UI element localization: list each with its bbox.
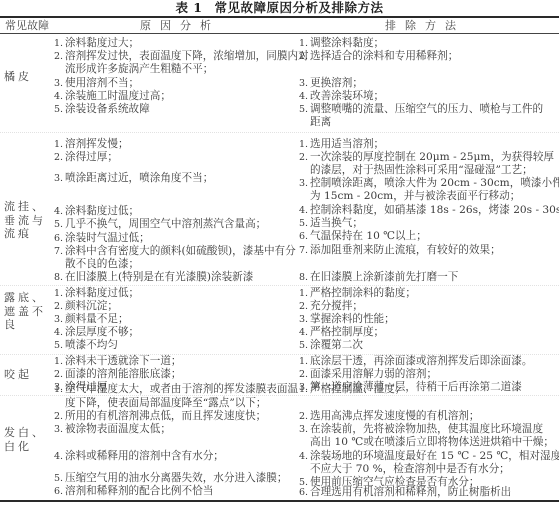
remedy-item: 2.面漆采用溶解力弱的溶剂； bbox=[299, 368, 437, 382]
remedy-item: 8.在旧漆膜上涂新漆前先打磨一下 bbox=[299, 271, 458, 285]
cause-item: 2.溶剂挥发过快，表面温度下降，浓缩增加，同膜内对 bbox=[54, 50, 309, 64]
cause-item: 6.涂装时气温过低； bbox=[54, 232, 150, 246]
remedy-item-cont: 距离 bbox=[310, 116, 331, 130]
remedy-item: 1.选用适当溶剂； bbox=[299, 138, 384, 152]
header-cause: 原因分析 bbox=[140, 19, 220, 33]
remedy-item: 4.控制涂料黏度，如硝基漆 18s - 26s，烤漆 20s - 30s； bbox=[299, 204, 559, 218]
cause-item: 1.涂料未干透就涂下一道； bbox=[54, 355, 182, 369]
fault-name: 发白、白化 bbox=[4, 426, 50, 453]
header-remedy: 排除方法 bbox=[385, 19, 465, 33]
cause-item: 7.涂料中含有密度大的颜料(如硫酸钡)，漆基中有分 bbox=[54, 245, 296, 259]
remedy-item-cont: 的漆层，对于热固性涂料可采用“湿碰湿”工艺； bbox=[310, 164, 533, 178]
cause-item: 3.使用溶剂不当； bbox=[54, 77, 139, 91]
cause-item: 1.溶剂挥发慢； bbox=[54, 138, 129, 152]
cause-item: 5.涂装设备系统故障 bbox=[54, 103, 150, 117]
cause-item: 4.涂料黏度过低； bbox=[54, 205, 139, 219]
remedy-item: 1.严格控制涂料的黏度； bbox=[299, 287, 416, 301]
fault-name: 橘皮 bbox=[4, 70, 50, 84]
cause-item-cont: 流形成许多旋涡产生粗糙不平； bbox=[65, 63, 213, 77]
remedy-item: 6.合理选用有机溶剂和稀释剂，防止树脂析出 bbox=[299, 486, 511, 500]
remedy-item: 2.充分搅拌； bbox=[299, 300, 363, 314]
table-title: 表 1常见故障原因分析及排除方法 bbox=[0, 0, 559, 16]
table-header: 常见故障 原因分析 排除方法 bbox=[0, 19, 559, 33]
remedy-item: 1.调整涂料黏度； bbox=[299, 37, 384, 51]
cause-item: 2.涂得过厚； bbox=[54, 151, 118, 165]
fault-name: 露底、遮盖不良 bbox=[4, 291, 50, 332]
cause-item: 3.被涂物表面温度太低； bbox=[54, 423, 171, 437]
remedy-item: 3.在涂装前，先将被涂物加热，使其温度比环境温度 bbox=[299, 423, 543, 437]
cause-item: 8.在旧漆膜上(特别是在有光漆膜)涂装新漆 bbox=[54, 271, 253, 285]
cause-item-cont: 散不良的色漆； bbox=[65, 258, 139, 272]
remedy-item: 2.选用高沸点挥发速度慢的有机溶剂； bbox=[299, 410, 480, 424]
remedy-item-cont: 高出 10 ℃或在喷漆后立即将物体送进烘箱中干燥； bbox=[310, 436, 554, 450]
cause-item: 2.所用的有机溶剂沸点低，而且挥发速度快； bbox=[54, 410, 266, 424]
header-fault: 常见故障 bbox=[5, 19, 49, 33]
remedy-item: 5.涂覆第二次 bbox=[299, 339, 363, 353]
cause-item: 2.面漆的溶剂能溶胀底漆； bbox=[54, 368, 182, 382]
remedy-item: 2.选择适合的涂料和专用稀释剂； bbox=[299, 50, 458, 64]
table-number: 表 1 bbox=[175, 0, 202, 15]
fault-name: 咬起 bbox=[4, 368, 50, 382]
cause-item: 5.几乎不换气，周围空气中溶剂蒸汽含量高； bbox=[54, 218, 266, 232]
cause-item: 1.空气中湿度太大，或者由于溶剂的挥发漆膜表面温 bbox=[54, 383, 298, 397]
row-divider bbox=[0, 132, 559, 133]
cause-item: 1.涂料黏度过大； bbox=[54, 37, 139, 51]
fault-name: 流挂、垂流与流痕 bbox=[4, 200, 50, 241]
cause-item: 1.涂料黏度过低； bbox=[54, 287, 139, 301]
cause-item: 4.涂层厚度不够； bbox=[54, 326, 139, 340]
remedy-item: 7.添加阻垂剂来防止流痕，有较好的效果； bbox=[299, 244, 501, 258]
remedy-item: 2.一次涂装的厚度控制在 20μm - 25μm，为获得较厚 bbox=[299, 151, 554, 165]
remedy-item: 3.控制喷涂距离，喷涂大件为 20cm - 30cm，喷漆小件 bbox=[299, 177, 559, 191]
remedy-item: 5.适当换气； bbox=[299, 217, 363, 231]
cause-item: 3.喷涂距离过近，喷涂角度不当； bbox=[54, 172, 213, 186]
cause-item: 4.涂装施工时温度过高； bbox=[54, 90, 171, 104]
header-rule bbox=[0, 33, 559, 34]
row-divider bbox=[0, 285, 559, 286]
remedy-item: 4.严格控制厚度； bbox=[299, 326, 384, 340]
remedy-item: 6.气温保持在 10 ℃以上； bbox=[299, 230, 427, 244]
cause-item: 5.喷漆不均匀 bbox=[54, 339, 118, 353]
top-rule bbox=[0, 16, 559, 18]
cause-item: 4.涂料或稀释用的溶剂中含有水分； bbox=[54, 450, 224, 464]
cause-item: 6.溶剂和稀释剂的配合比例不恰当 bbox=[54, 485, 213, 499]
remedy-item-cont: 不应大于 70 %，检查溶剂中是否有水分； bbox=[310, 463, 510, 477]
cause-item-cont: 度下降，使表面局部温度降至“露点”以下； bbox=[65, 397, 267, 411]
remedy-item: 3.掌握涂料的性能； bbox=[299, 313, 395, 327]
remedy-item: 1.严格控制温、湿度； bbox=[299, 383, 405, 397]
bottom-rule bbox=[0, 500, 559, 502]
remedy-item: 1.底涂层干透，再涂面漆或溶剂挥发后即涂面漆。 bbox=[299, 355, 532, 369]
remedy-item: 3.更换溶剂； bbox=[299, 77, 363, 91]
table-title-text: 常见故障原因分析及排除方法 bbox=[215, 0, 384, 15]
remedy-item: 5.调整喷嘴的流量、压缩空气的压力、喷枪与工件的 bbox=[299, 103, 543, 117]
remedy-item-cont: 为 15cm - 20cm，并与被涂表面平行移动； bbox=[310, 190, 520, 204]
cause-item: 3.颜料量不足； bbox=[54, 313, 129, 327]
cause-item: 2.颜料沉淀； bbox=[54, 300, 118, 314]
cause-item: 5.压缩空气用的油水分离器失效，水分进入漆膜； bbox=[54, 472, 287, 486]
remedy-item: 4.改善涂装环境； bbox=[299, 90, 384, 104]
remedy-item: 4.涂装场地的环境温度最好在 15 ℃ - 25 ℃，相对湿度 bbox=[299, 450, 559, 464]
